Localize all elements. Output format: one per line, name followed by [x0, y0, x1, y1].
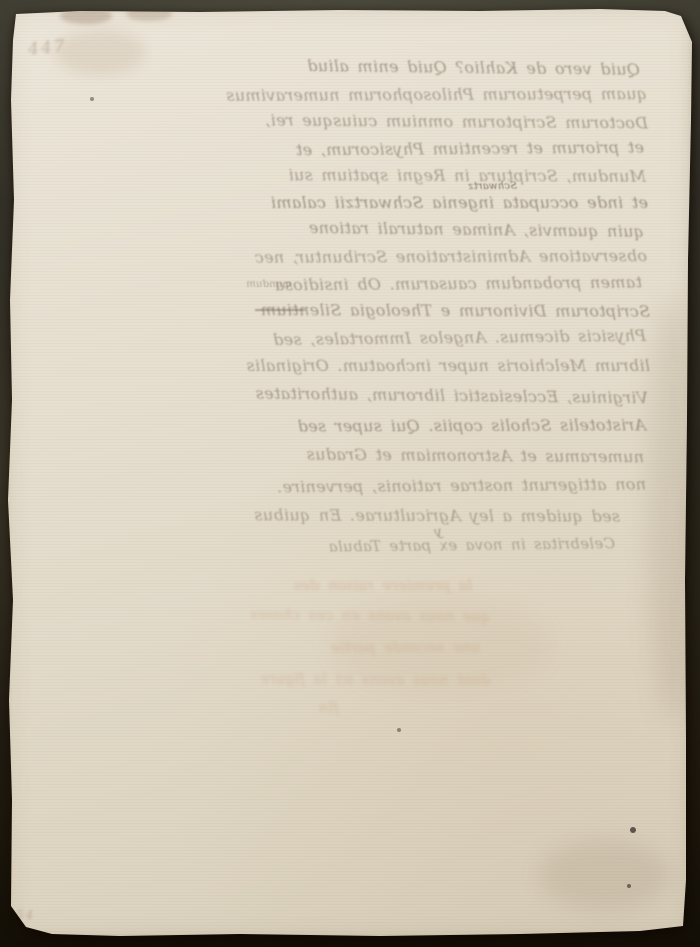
bleedthrough-line: librum Melchioris nuper inchoatum. Origi… [246, 356, 650, 375]
bleedthrough-line: sed quidem a ley Agriculturae. En quibus [254, 505, 620, 525]
bleedthrough-line: que nous avons en ces choses [250, 607, 490, 626]
bleedthrough-line: mundum [246, 279, 292, 290]
paper-stain [126, 7, 172, 21]
bleedthrough-line: numeramus et Astronomiam et Gradus [306, 445, 644, 467]
bleedthrough-line: tamen probandum causarum. Ob insidiosa [274, 273, 642, 295]
paper-speck [90, 97, 94, 101]
paper-speck [627, 884, 631, 888]
bleedthrough-line: Mundum, Scriptura in Regni spatium sui [288, 165, 646, 185]
photo-backdrop: 447 54 Quid vero de Kahlio? Quid enim al… [0, 0, 700, 947]
bleedthrough-line: Aristotelis Scholis copiis. Qui super se… [297, 415, 646, 435]
strike-mark [255, 309, 305, 311]
caret-mark: y [434, 525, 443, 541]
bleedthrough-line: et priorum et recentium Physicorum, et [296, 138, 645, 160]
paper-stain [540, 840, 670, 910]
bleedthrough-line: non attigerunt nostrae rationis, perveni… [277, 475, 646, 497]
paper-stain [55, 30, 145, 75]
bleedthrough-line: observatione Administratione Scribuntur,… [254, 246, 647, 267]
bleedthrough-line: quin quamvis, Animae naturali ratione [308, 218, 644, 241]
bleedthrough-line: Doctorum Scriptorum omnium cuiusque rei, [265, 111, 648, 133]
pencil-annotation-top: 447 [27, 36, 67, 59]
bleedthrough-line: Physicis dicemus. Angelos Immortales, se… [273, 326, 646, 349]
bleedthrough-line: dont nous avons ici la figure [260, 671, 490, 689]
bleedthrough-line: quam perpetuorum Philosophorum numeravim… [226, 84, 647, 105]
bleedthrough-line: Celebritas in nova ex parte Tabula [328, 534, 615, 555]
bleedthrough-line: Schwartz [468, 181, 517, 193]
bleedthrough-line: une seconde partie [331, 640, 480, 657]
manuscript-page: 447 54 Quid vero de Kahlio? Quid enim al… [0, 0, 700, 947]
paper-speck [397, 728, 401, 732]
bleedthrough-line: et inde occupata ingenia Schwartzii cala… [271, 193, 648, 212]
bleedthrough-line: Scriptorum Divinorum e Theologia Silenti… [261, 300, 650, 320]
paper-stain [60, 8, 112, 24]
paper-speck [630, 827, 636, 833]
ink-bleedthrough-text: Quid vero de Kahlio? Quid enim aliudquam… [228, 50, 660, 730]
bleedthrough-line: fin [318, 700, 338, 716]
bleedthrough-line: Virginius, Ecclesiastici librorum, autho… [255, 384, 648, 408]
bleedthrough-line: la premiere raison des [294, 578, 472, 594]
bleedthrough-line: Quid vero de Kahlio? Quid enim aliud [307, 56, 640, 79]
paper-stain [330, 600, 550, 690]
paper-stain [648, 300, 698, 720]
paper-shadow-wrap: 447 54 Quid vero de Kahlio? Quid enim al… [0, 0, 700, 947]
pencil-annotation-bottom: 54 [16, 908, 35, 922]
